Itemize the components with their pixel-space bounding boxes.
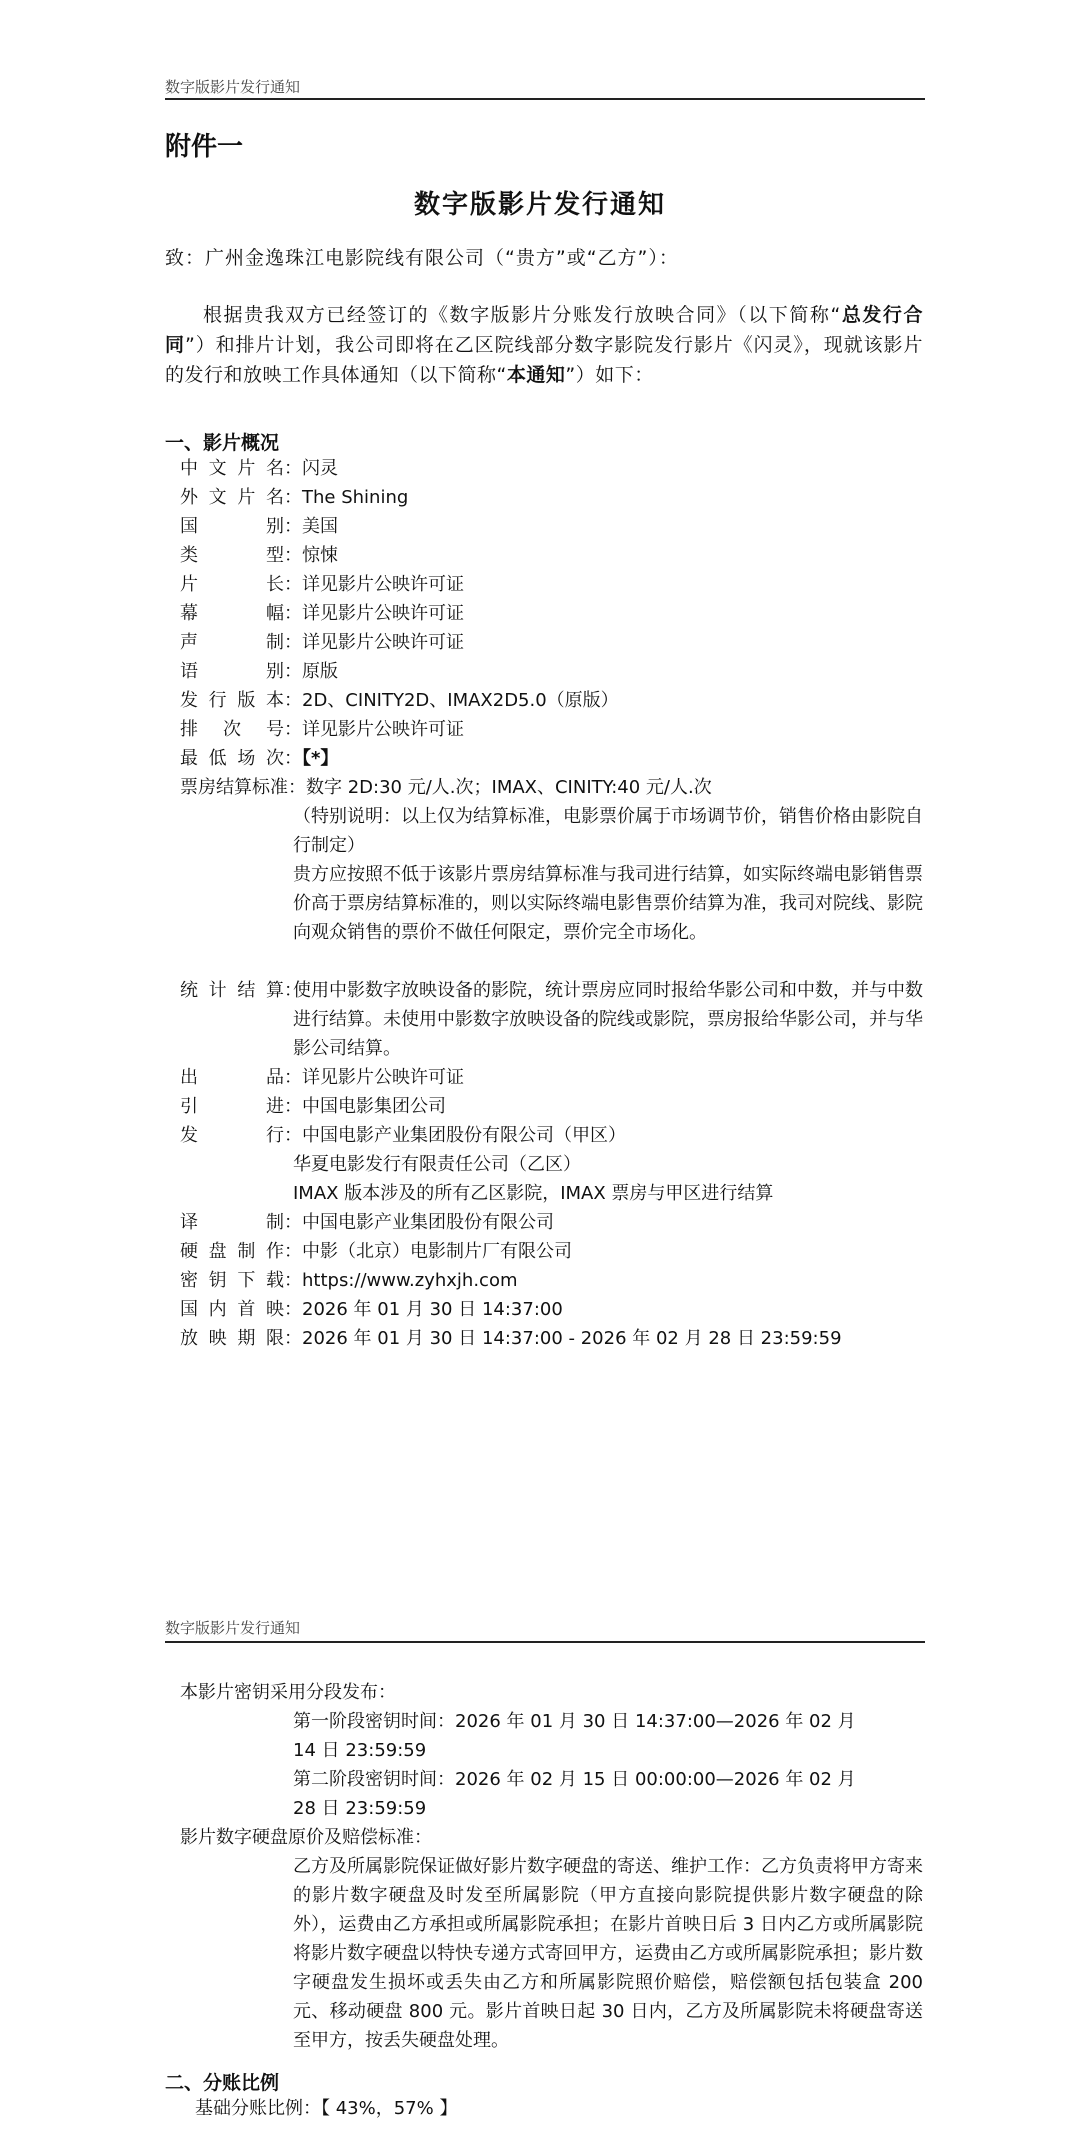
field-row: 译制：中国电影产业集团股份有限公司 (180, 1208, 554, 1237)
distribution-extra: IMAX 版本涉及的所有乙区影院，IMAX 票房与甲区进行结算 (293, 1179, 773, 1208)
key-phase-2-end: 28 日 23:59:59 (293, 1794, 426, 1823)
attachment-label: 附件一 (165, 126, 243, 163)
field-row: 类型：惊悚 (180, 541, 338, 570)
field-row: 密钥下载：https://www.zyhxjh.com (180, 1266, 518, 1295)
key-release-label: 本影片密钥采用分段发布： (180, 1678, 396, 1707)
addressee: 致：广州金逸珠江电影院线有限公司（“贵方”或“乙方”）： (165, 243, 679, 270)
key-phase-1-end: 14 日 23:59:59 (293, 1736, 426, 1765)
page-header-text: 数字版影片发行通知 (165, 78, 300, 96)
field-row: 声制：详见影片公映许可证 (180, 628, 464, 657)
field-row: 出品：详见影片公映许可证 (180, 1063, 464, 1092)
page-header-text: 数字版影片发行通知 (165, 1619, 300, 1637)
field-row: 幕幅：详见影片公映许可证 (180, 599, 464, 628)
settlement-note: （特别说明：以上仅为结算标准，电影票价属于市场调节价，销售价格由影院自行制定） (293, 802, 923, 860)
field-row: 片长：详见影片公映许可证 (180, 570, 464, 599)
disk-label: 影片数字硬盘原价及赔偿标准： (180, 1823, 432, 1852)
ratio-value: 【 43%，57% 】 (321, 2098, 457, 2119)
distribution-extra: 华夏电影发行有限责任公司（乙区） (293, 1150, 581, 1179)
field-row: 最低场次：【*】 (180, 744, 338, 773)
section-heading: 一、影片概况 (165, 428, 279, 455)
field-row: 外文片名：The Shining (180, 483, 408, 512)
field-row: 引进：中国电影集团公司 (180, 1092, 446, 1121)
bold-term: 本通知 (507, 364, 566, 386)
header-rule (165, 1641, 925, 1643)
field-row: 发行：中国电影产业集团股份有限公司（甲区） (180, 1121, 626, 1150)
field-row: 统计结算： (180, 976, 302, 1005)
key-phase-1: 第一阶段密钥时间：2026 年 01 月 30 日 14:37:00—2026 … (293, 1707, 856, 1736)
stats-detail: 使用中影数字放映设备的影院，统计票房应同时报给华影公司和中数，并与中数进行结算。… (293, 976, 923, 1063)
field-row: 国内首映：2026 年 01 月 30 日 14:37:00 (180, 1295, 563, 1324)
page-header: 数字版影片发行通知 (165, 1617, 925, 1638)
settlement-detail: 贵方应按照不低于该影片票房结算标准与我司进行结算，如实际终端电影销售票价高于票房… (293, 860, 923, 947)
field-row: 语别：原版 (180, 657, 338, 686)
header-rule (165, 98, 925, 100)
field-row: 中文片名：闪灵 (180, 454, 338, 483)
document-title: 数字版影片发行通知 (0, 184, 1080, 221)
intro-paragraph: 根据贵我双方已经签订的《数字版影片分账发行放映合同》（以下简称“总发行合同”）和… (165, 300, 923, 390)
field-row: 票房结算标准：数字 2D:30 元/人.次；IMAX、CINITY:40 元/人… (180, 773, 712, 802)
ratio-row: 基础分账比例：【 43%，57% 】 (195, 2094, 457, 2123)
section-heading: 二、分账比例 (165, 2068, 279, 2095)
field-row: 硬盘制作：中影（北京）电影制片厂有限公司 (180, 1237, 572, 1266)
field-row: 发行版本：2D、CINITY2D、IMAX2D5.0（原版） (180, 686, 619, 715)
key-download-link[interactable]: https://www.zyhxjh.com (302, 1270, 518, 1291)
field-row: 放映期限：2026 年 01 月 30 日 14:37:00 - 2026 年 … (180, 1324, 842, 1353)
key-phase-2: 第二阶段密钥时间：2026 年 02 月 15 日 00:00:00—2026 … (293, 1765, 856, 1794)
disk-text: 乙方及所属影院保证做好影片数字硬盘的寄送、维护工作：乙方负责将甲方寄来的影片数字… (293, 1852, 923, 2055)
field-row: 国别：美国 (180, 512, 338, 541)
page-header: 数字版影片发行通知 (165, 76, 925, 97)
field-row: 排次号：详见影片公映许可证 (180, 715, 464, 744)
